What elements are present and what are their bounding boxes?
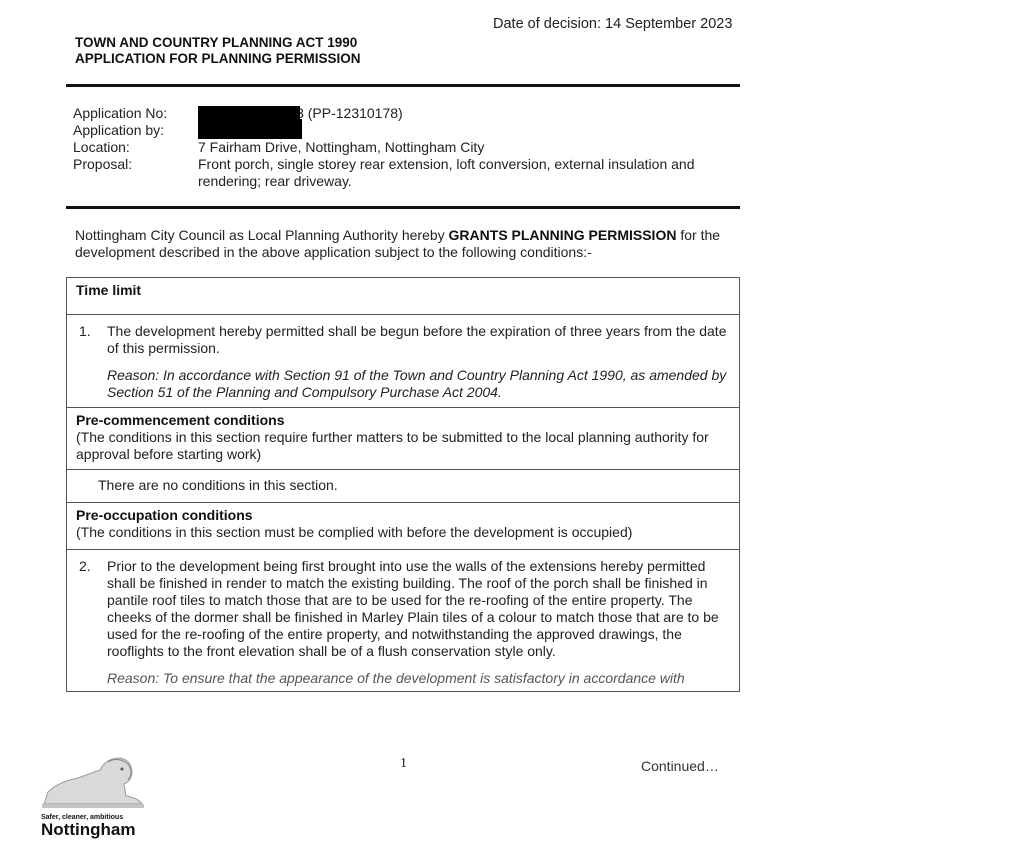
no-conditions-text: There are no conditions in this section.: [98, 477, 338, 493]
proposal-label: Proposal:: [73, 156, 198, 190]
no-conditions-note: There are no conditions in this section.: [67, 470, 739, 503]
continued-note: Continued…: [641, 758, 719, 774]
proposal-value: Front porch, single storey rear extensio…: [198, 156, 738, 190]
section-description: (The conditions in this section must be …: [76, 524, 730, 541]
council-logo: Safer, cleaner, ambitious Nottingham: [38, 752, 148, 839]
grant-decision: GRANTS PLANNING PERMISSION: [449, 227, 677, 243]
application-no-label: Application No:: [73, 105, 198, 122]
proposal-row: Proposal: Front porch, single storey rea…: [73, 156, 738, 190]
section-title: Time limit: [76, 282, 141, 298]
section-header-time-limit: Time limit: [67, 278, 739, 315]
section-header-pre-occupation: Pre-occupation conditions (The condition…: [67, 503, 739, 550]
condition-reason: Reason: In accordance with Section 91 of…: [107, 367, 730, 401]
condition-2: 2. Prior to the development being first …: [67, 550, 739, 692]
section-header-pre-commencement: Pre-commencement conditions (The conditi…: [67, 408, 739, 470]
redaction-block: [198, 119, 302, 139]
logo-brand: Nottingham: [41, 821, 148, 839]
page-number: 1: [400, 756, 407, 772]
condition-text: Prior to the development being first bro…: [107, 558, 730, 660]
application-title-line: APPLICATION FOR PLANNING PERMISSION: [75, 51, 361, 67]
location-label: Location:: [73, 139, 198, 156]
location-value: 7 Fairham Drive, Nottingham, Nottingham …: [198, 139, 738, 156]
application-no-row: Application No: 23/01225/PFUL3 (PP-12310…: [73, 105, 738, 122]
document-title: TOWN AND COUNTRY PLANNING ACT 1990 APPLI…: [75, 35, 361, 67]
condition-number: 1.: [79, 323, 107, 401]
grant-statement: Nottingham City Council as Local Plannin…: [75, 227, 740, 261]
condition-1: 1. The development hereby permitted shal…: [67, 315, 739, 408]
condition-text: The development hereby permitted shall b…: [107, 323, 730, 357]
section-title: Pre-commencement conditions: [76, 412, 285, 428]
lion-icon: [38, 752, 146, 812]
date-of-decision: Date of decision: 14 September 2023: [493, 16, 732, 32]
application-details: Application No: 23/01225/PFUL3 (PP-12310…: [73, 105, 738, 190]
section-title: Pre-occupation conditions: [76, 507, 253, 523]
application-by-label: Application by:: [73, 122, 198, 139]
details-divider: [66, 206, 740, 209]
application-by-row: Application by:: [73, 122, 738, 139]
conditions-table: Time limit 1. The development hereby per…: [66, 277, 740, 692]
header-divider: [66, 84, 740, 87]
section-description: (The conditions in this section require …: [76, 429, 730, 463]
act-title-line: TOWN AND COUNTRY PLANNING ACT 1990: [75, 35, 361, 51]
condition-reason: Reason: To ensure that the appearance of…: [107, 670, 730, 687]
condition-number: 2.: [79, 558, 107, 687]
location-row: Location: 7 Fairham Drive, Nottingham, N…: [73, 139, 738, 156]
grant-text-before: Nottingham City Council as Local Plannin…: [75, 227, 449, 243]
redaction-block: [198, 106, 300, 120]
